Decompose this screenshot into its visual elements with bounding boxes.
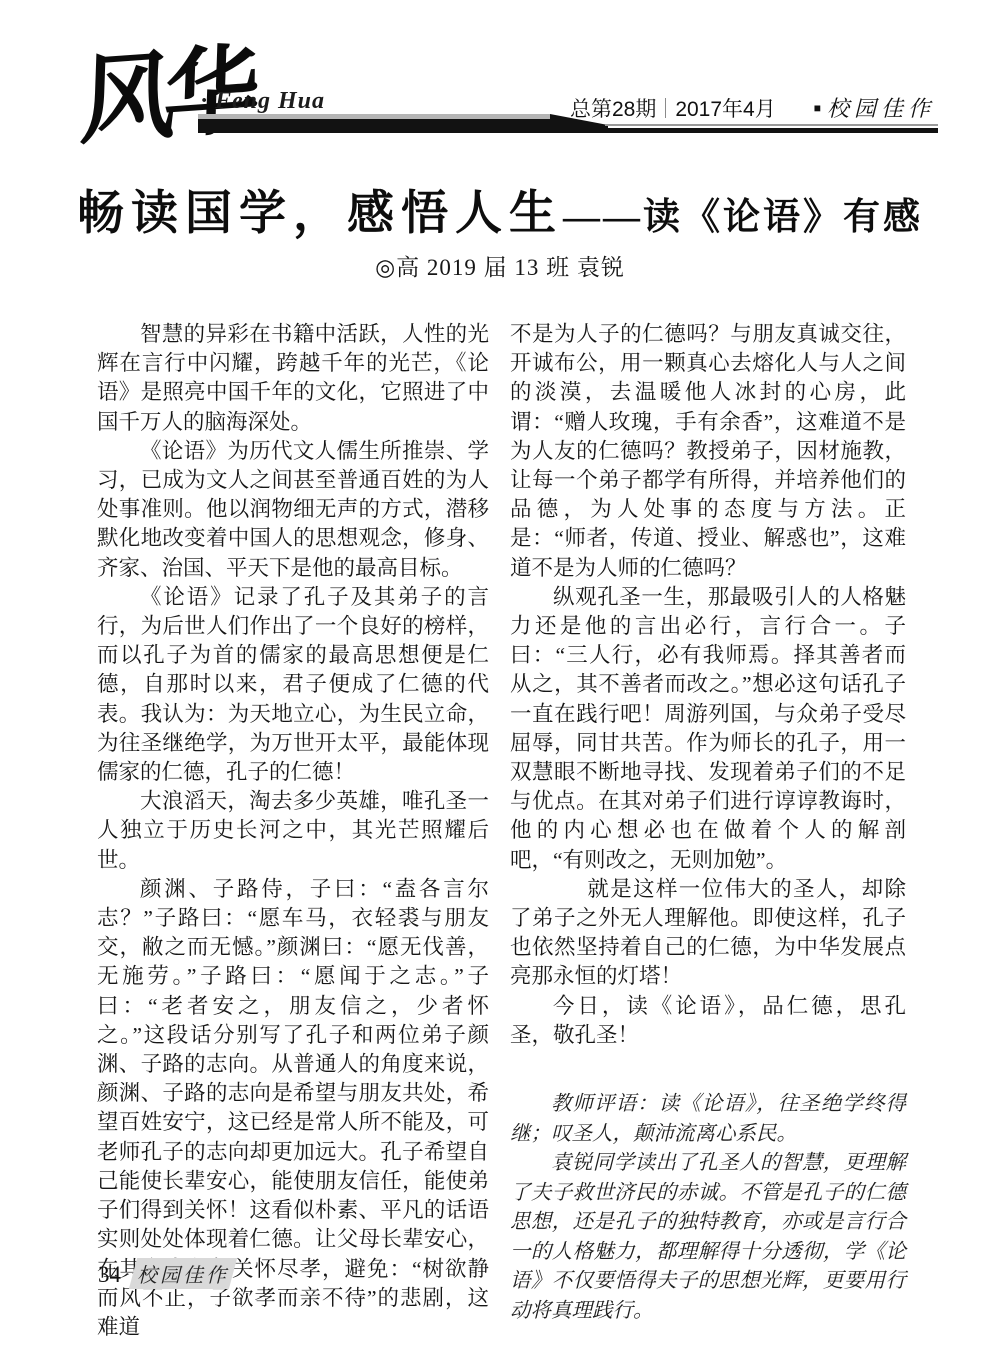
article-title: 畅读国学，感悟人生——读《论语》有感 <box>0 176 1000 243</box>
paragraph: 大浪滔天，淘去多少英雄，唯孔圣一人独立于历史长河之中，其光芒照耀后世。 <box>97 787 489 875</box>
byline-mark-icon: ◎ <box>375 255 396 280</box>
paragraph: 《论语》为历代文人儒生所推崇、学习，已成为文人之间甚至普通百姓的为人处事准则。他… <box>97 437 489 583</box>
body-column-right: 不是为人子的仁德吗？与朋友真诚交往，开诚布公，用一颗真心去熔化人与人之间的淡漠，… <box>510 320 906 1326</box>
magazine-page: 风华 · Feng Hua 总第28期 2017年4月 ■ 校园佳作 畅读国学，… <box>0 0 1000 1357</box>
header-rule-thin-black <box>605 128 938 133</box>
header-rule-thick <box>198 114 550 133</box>
paragraph: 就是这样一位伟大的圣人，却除了弟子之外无人理解他。即使这样，孔子也依然坚持着自己… <box>510 875 906 992</box>
footer-section-tag: 校园佳作 <box>129 1258 237 1289</box>
article-title-sub: ——读《论语》有感 <box>563 197 923 238</box>
teacher-comment: 教师评语：读《论语》，往圣绝学终得继；叹圣人，颠沛流离心系民。 袁锐同学读出了孔… <box>510 1090 906 1326</box>
comment-paragraph: 袁锐同学读出了孔圣人的智慧，更理解了夫子救世济民的赤诚。不管是孔子的仁德思想，还… <box>510 1149 906 1326</box>
issue-number: 总第28期 <box>570 93 656 123</box>
page-number: 34 <box>98 1262 121 1288</box>
body-column-left: 智慧的异彩在书籍中活跃，人性的光辉在言行中闪耀，跨越千年的光芒，《论语》是照亮中… <box>97 320 489 1342</box>
paragraph: 今日，读《论语》，品仁德，思孔圣，敬孔圣！ <box>510 992 906 1050</box>
paragraph: 智慧的异彩在书籍中活跃，人性的光辉在言行中闪耀，跨越千年的光芒，《论语》是照亮中… <box>97 320 489 437</box>
article-byline: ◎高 2019 届 13 班 袁锐 <box>0 249 1000 282</box>
footer-section-label: 校园佳作 <box>133 1258 233 1289</box>
magazine-logo-subtitle: · Feng Hua <box>201 88 325 115</box>
section-bullet-icon: ■ <box>814 101 821 115</box>
paragraph: 纵观孔圣一生，那最吸引人的人格魅力还是他的言出必行，言行合一。子曰：“三人行，必… <box>510 583 906 875</box>
header-section-label: 校园佳作 <box>827 92 935 123</box>
issue-date: 2017年4月 <box>675 93 775 123</box>
paragraph: 《论语》记录了孔子及其弟子的言行，为后世人们作出了一个良好的榜样，而以孔子为首的… <box>97 583 489 787</box>
issue-divider <box>665 98 666 118</box>
paragraph: 不是为人子的仁德吗？与朋友真诚交往，开诚布公，用一颗真心去熔化人与人之间的淡漠，… <box>510 320 906 583</box>
byline-text: 高 2019 届 13 班 袁锐 <box>396 255 625 280</box>
comment-paragraph: 教师评语：读《论语》，往圣绝学终得继；叹圣人，颠沛流离心系民。 <box>510 1090 906 1149</box>
header-issue-line: 总第28期 2017年4月 ■ 校园佳作 <box>560 92 935 123</box>
header-rule-thin-gray <box>605 124 938 126</box>
article-title-main: 畅读国学，感悟人生 <box>77 188 563 240</box>
